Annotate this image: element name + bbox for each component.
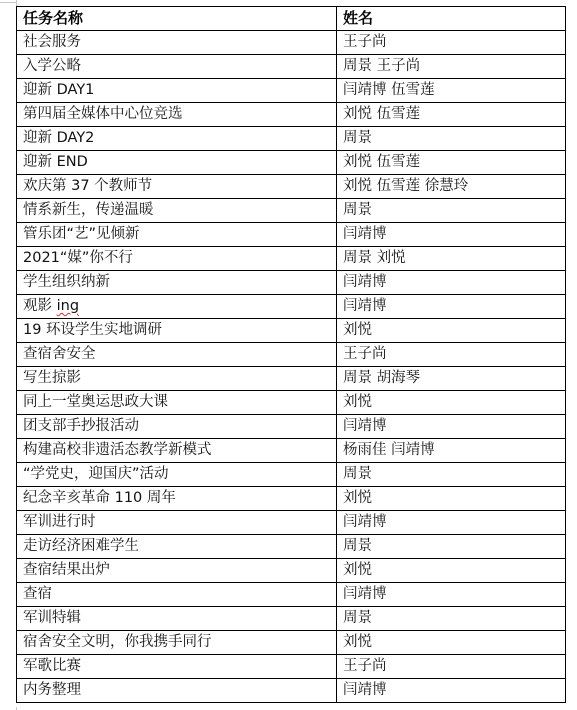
table-row: 19 环设学生实地调研刘悦 [17,319,566,343]
table-row: 第四届全媒体中心位竞选刘悦 伍雪莲 [17,103,566,127]
table-row: 走访经济困难学生周景 [17,535,566,559]
task-cell[interactable]: 欢庆第 37 个教师节 [17,175,337,199]
task-cell[interactable]: 2021“媒”你不行 [17,247,337,271]
name-cell[interactable]: 闫靖博 伍雪莲 [337,79,566,103]
table-row: 构建高校非遗活态教学新模式杨雨佳 闫靖博 [17,439,566,463]
header-person-name[interactable]: 姓名 [337,7,566,31]
table-row: 社会服务王子尚 [17,31,566,55]
task-cell[interactable]: 情系新生，传递温暖 [17,199,337,223]
table-row: 查宿闫靖博 [17,583,566,607]
task-cell[interactable]: “学党史，迎国庆”活动 [17,463,337,487]
table-row: 军训特辑周景 [17,607,566,631]
table-row: 情系新生，传递温暖周景 [17,199,566,223]
name-cell[interactable]: 闫靖博 [337,679,566,703]
name-cell[interactable]: 刘悦 伍雪莲 徐慧玲 [337,175,566,199]
name-cell[interactable]: 刘悦 伍雪莲 [337,103,566,127]
table-row: 迎新 DAY2周景 [17,127,566,151]
task-cell[interactable]: 入学公略 [17,55,337,79]
name-cell[interactable]: 闫靖博 [337,295,566,319]
name-cell[interactable]: 刘悦 [337,487,566,511]
table-row: 迎新 END刘悦 伍雪莲 [17,151,566,175]
task-cell[interactable]: 走访经济困难学生 [17,535,337,559]
task-cell[interactable]: 军训进行时 [17,511,337,535]
name-cell[interactable]: 刘悦 [337,631,566,655]
task-cell[interactable]: 纪念辛亥革命 110 周年 [17,487,337,511]
task-cell[interactable]: 构建高校非遗活态教学新模式 [17,439,337,463]
name-cell[interactable]: 周景 [337,607,566,631]
name-cell[interactable]: 刘悦 [337,391,566,415]
table-row: 纪念辛亥革命 110 周年刘悦 [17,487,566,511]
table-row: 学生组织纳新闫靖博 [17,271,566,295]
table-row: 军训进行时闫靖博 [17,511,566,535]
task-assignment-table: 任务名称 姓名 社会服务王子尚 入学公略周景 王子尚 迎新 DAY1闫靖博 伍雪… [16,6,566,703]
task-cell[interactable]: 迎新 DAY2 [17,127,337,151]
name-cell[interactable]: 闫靖博 [337,583,566,607]
task-cell[interactable]: 内务整理 [17,679,337,703]
table-row: 查宿结果出炉刘悦 [17,559,566,583]
task-cell[interactable]: 查宿结果出炉 [17,559,337,583]
table-row: 欢庆第 37 个教师节刘悦 伍雪莲 徐慧玲 [17,175,566,199]
task-cell[interactable]: 管乐团“艺”见倾新 [17,223,337,247]
table-row: 军歌比赛王子尚 [17,655,566,679]
table-header-row: 任务名称 姓名 [17,7,566,31]
task-text-prefix: 观影 [23,298,57,314]
task-cell[interactable]: 19 环设学生实地调研 [17,319,337,343]
table-row: 团支部手抄报活动闫靖博 [17,415,566,439]
task-cell[interactable]: 迎新 END [17,151,337,175]
name-cell[interactable]: 周景 [337,199,566,223]
name-cell[interactable]: 周景 胡海琴 [337,367,566,391]
task-cell[interactable]: 社会服务 [17,31,337,55]
table-row: 写生掠影周景 胡海琴 [17,367,566,391]
name-cell[interactable]: 闫靖博 [337,223,566,247]
name-cell[interactable]: 王子尚 [337,31,566,55]
table-row: 查宿舍安全王子尚 [17,343,566,367]
table-row: 入学公略周景 王子尚 [17,55,566,79]
page-corner-mark-horizontal [0,2,16,3]
name-cell[interactable]: 刘悦 [337,319,566,343]
task-cell[interactable]: 学生组织纳新 [17,271,337,295]
task-cell[interactable]: 第四届全媒体中心位竞选 [17,103,337,127]
task-cell[interactable]: 查宿 [17,583,337,607]
name-cell[interactable]: 闫靖博 [337,271,566,295]
name-cell[interactable]: 周景 [337,463,566,487]
task-cell[interactable]: 团支部手抄报活动 [17,415,337,439]
name-cell[interactable]: 周景 刘悦 [337,247,566,271]
task-cell[interactable]: 查宿舍安全 [17,343,337,367]
header-task-name[interactable]: 任务名称 [17,7,337,31]
table-row: 宿舍安全文明，你我携手同行刘悦 [17,631,566,655]
task-cell[interactable]: 同上一堂奥运思政大课 [17,391,337,415]
name-cell[interactable]: 刘悦 [337,559,566,583]
name-cell[interactable]: 周景 [337,535,566,559]
task-cell[interactable]: 军歌比赛 [17,655,337,679]
spellcheck-flagged-word[interactable]: ing [57,298,79,314]
name-cell[interactable]: 周景 [337,127,566,151]
name-cell[interactable]: 杨雨佳 闫靖博 [337,439,566,463]
task-cell[interactable]: 迎新 DAY1 [17,79,337,103]
name-cell[interactable]: 王子尚 [337,655,566,679]
name-cell[interactable]: 刘悦 伍雪莲 [337,151,566,175]
task-cell[interactable]: 观影 ing [17,295,337,319]
name-cell[interactable]: 王子尚 [337,343,566,367]
name-cell[interactable]: 周景 王子尚 [337,55,566,79]
task-cell[interactable]: 军训特辑 [17,607,337,631]
name-cell[interactable]: 闫靖博 [337,511,566,535]
table-row: 内务整理闫靖博 [17,679,566,703]
table-row: 观影 ing 闫靖博 [17,295,566,319]
table-row: 迎新 DAY1闫靖博 伍雪莲 [17,79,566,103]
table-row: “学党史，迎国庆”活动周景 [17,463,566,487]
task-cell[interactable]: 宿舍安全文明，你我携手同行 [17,631,337,655]
table-row: 管乐团“艺”见倾新闫靖博 [17,223,566,247]
task-cell[interactable]: 写生掠影 [17,367,337,391]
name-cell[interactable]: 闫靖博 [337,415,566,439]
table-row: 同上一堂奥运思政大课刘悦 [17,391,566,415]
table-row: 2021“媒”你不行周景 刘悦 [17,247,566,271]
